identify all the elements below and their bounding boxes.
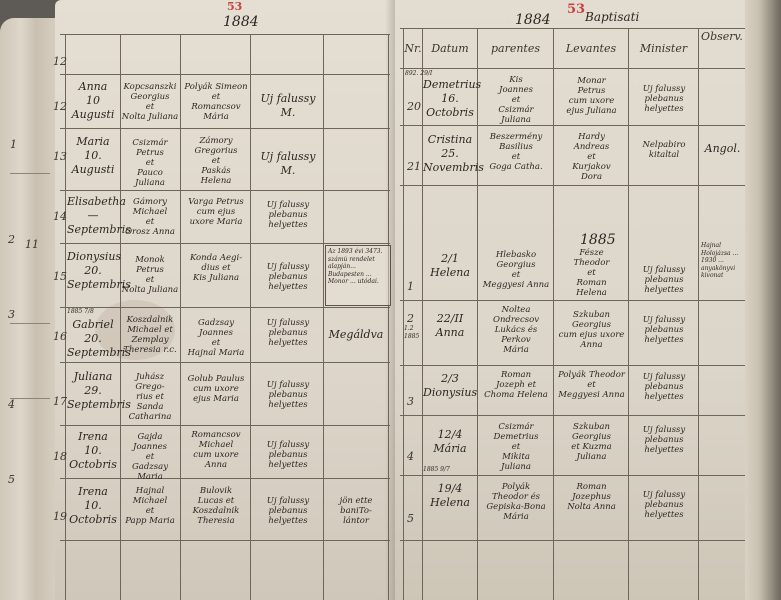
child-date: Juliana 29. Septembris [67, 370, 119, 412]
godparents: Szkuban Georgius et Kuzma Juliana [555, 422, 628, 462]
godparents: Bulovik Lucas et Koszdalnik Theresia [182, 486, 250, 526]
divider [10, 173, 50, 174]
gutter-number: 11 [25, 238, 39, 251]
marginal-note: 892. 29/I [405, 70, 475, 78]
parents: Juhász Grego- rius et Sanda Catharina [121, 372, 179, 422]
edge-number: 4 [8, 398, 15, 411]
child-date: Elisabetha — Septembris [67, 195, 119, 237]
remarks: jön ette baniTo- lántor [325, 496, 387, 526]
parents: Gajda Joannes et Gadzsay Maria [121, 432, 179, 482]
date-child: 22/II Anna [423, 312, 477, 340]
page-number: 53 [227, 0, 242, 13]
minister: Uj falussy plebanus helyettes [630, 84, 698, 114]
minister: Uj falussy plebanus helyettes [253, 440, 323, 470]
date-child: 19/4 Helena [423, 482, 477, 510]
edge-number: 1 [10, 138, 17, 151]
godparents: Golub Paulus cum uxore ejus Maria [182, 374, 250, 404]
godparents: Fésze Theodor et Roman Helena [555, 248, 628, 298]
date-child: Cristina 25. Novembris [423, 133, 477, 175]
column-header-levantes: Levantes [554, 42, 628, 55]
left-page: 1884 53 12 12 Anna 10 Augusti Kopcsanszk… [55, 0, 395, 600]
minister: Nelpabiro kitaltal [630, 140, 698, 160]
minister: Uj falussy plebanus helyettes [253, 318, 323, 348]
child-date: Gabriel 20. Septembris [67, 318, 119, 360]
minister: Uj falussy plebanus helyettes [630, 372, 698, 402]
minister: Uj falussy plebanus helyettes [253, 380, 323, 410]
remarks: Megáldva [325, 328, 387, 342]
section-year-header: 1885 [580, 232, 616, 248]
child-date: Irena 10. Octobris [67, 485, 119, 527]
godparents: Monar Petrus cum uxore ejus Juliana [555, 76, 628, 116]
year-header: 1884 [223, 14, 259, 30]
marginal-note: 1885 9/7 [423, 466, 477, 474]
godparents: Konda Aegi- dius et Kis Juliana [182, 253, 250, 283]
child-date: Dionysius 20. Septembris [67, 250, 119, 292]
parents: Kis Joannes et Csizmár Juliana [479, 75, 553, 125]
divider [10, 323, 50, 324]
parents: Gámory Michael et Orosz Anna [121, 197, 179, 237]
godparents: Romancsov Michael cum uxore Anna [182, 430, 250, 470]
minister: Uj falussy plebanus helyettes [630, 265, 698, 295]
parents: Hajnal Michael et Papp Maria [121, 486, 179, 526]
column-header-observ: Observ. [699, 30, 745, 43]
column-header-nr: Nr. [404, 42, 422, 55]
divider [10, 398, 50, 399]
date-child: Demetrius 16. Octobris [423, 78, 477, 120]
minister: Uj falussy plebanus helyettes [630, 425, 698, 455]
child-date: Anna 10 Augusti [67, 80, 119, 122]
row-number: 12 [53, 55, 67, 68]
child-date: Maria 10. Augusti [67, 135, 119, 177]
minister: Uj falussy plebanus helyettes [253, 496, 323, 526]
annotation-note: Az 1893 évi 3473. számú rendelet alapján… [325, 245, 391, 306]
parents: Csizmár Demetrius et Mikita Juliana [479, 422, 553, 472]
minister: Uj falussy plebanus helyettes [253, 262, 323, 292]
parents: Koszdalnik Michael et Zemplay Theresia r… [121, 315, 179, 355]
parents: Kopcsanszki Georgius et Nolta Juliana [121, 82, 179, 122]
page-edge-right [745, 0, 781, 600]
right-page: 53 1884 Baptisati Nr. Datum parentes Lev… [395, 0, 750, 600]
parents: Monok Petrus et Nolta Juliana [121, 255, 179, 295]
child-date: Irena 10. Octobris [67, 430, 119, 472]
parents: Noltea Ondrecsov Lukács és Perkov Mária [479, 305, 553, 355]
minister: Uj falussy plebanus helyettes [253, 200, 323, 230]
godparents: Roman Jozephus Nolta Anna [555, 482, 628, 512]
edge-number: 3 [8, 308, 15, 321]
annotation-note: Hajnal Holojázsa ... 1930 ... anyakönyvi… [701, 242, 745, 280]
column-header-parentes: parentes [478, 42, 553, 55]
godparents: Hardy Andreas et Kurjakov Dora [555, 132, 628, 182]
godparents: Polyák Theodor et Meggyesi Anna [555, 370, 628, 400]
parents: Hlebasko Georgius et Meggyesi Anna [479, 250, 553, 290]
minister: Uj falussy plebanus helyettes [630, 315, 698, 345]
minister: Uj falussy M. [253, 150, 323, 178]
godparents: Zámory Gregorius et Paskás Helena [182, 136, 250, 186]
godparents: Varga Petrus cum ejus uxore Maria [182, 197, 250, 227]
page-number: 53 [567, 2, 585, 17]
marginal-note: 1.2 1885 [404, 325, 422, 340]
godparents: Gadzsay Joannes et Hajnal Maria [182, 318, 250, 358]
parents: Roman Jozeph et Choma Helena [479, 370, 553, 400]
year-header: 1884 [515, 12, 551, 28]
minister: Uj falussy plebanus helyettes [630, 490, 698, 520]
godparents: Polyák Simeon et Romancsov Mária [182, 82, 250, 122]
edge-number: 2 [8, 233, 15, 246]
parents: Csizmár Petrus et Pauco Juliana [121, 138, 179, 188]
parents: Polyák Theodor és Gepiska-Bona Mária [479, 482, 553, 522]
date-child: 2/1 Helena [423, 252, 477, 280]
date-child: 2/3 Dionysius [423, 372, 477, 400]
torn-page-edges: 1 2 3 4 5 11 [0, 18, 60, 600]
marginal-note: 1885 7/8 [67, 308, 119, 316]
remarks: Angol. [700, 142, 745, 156]
column-header-datum: Datum [423, 42, 477, 55]
column-header-minister: Minister [629, 42, 698, 55]
register-title: Baptisati [585, 10, 639, 24]
parents: Beszermény Basilius et Goga Catha. [479, 132, 553, 172]
date-child: 12/4 Mária [423, 428, 477, 456]
edge-number: 5 [8, 473, 15, 486]
godparents: Szkuban Georgius cum ejus uxore Anna [555, 310, 628, 350]
minister: Uj falussy M. [253, 92, 323, 120]
